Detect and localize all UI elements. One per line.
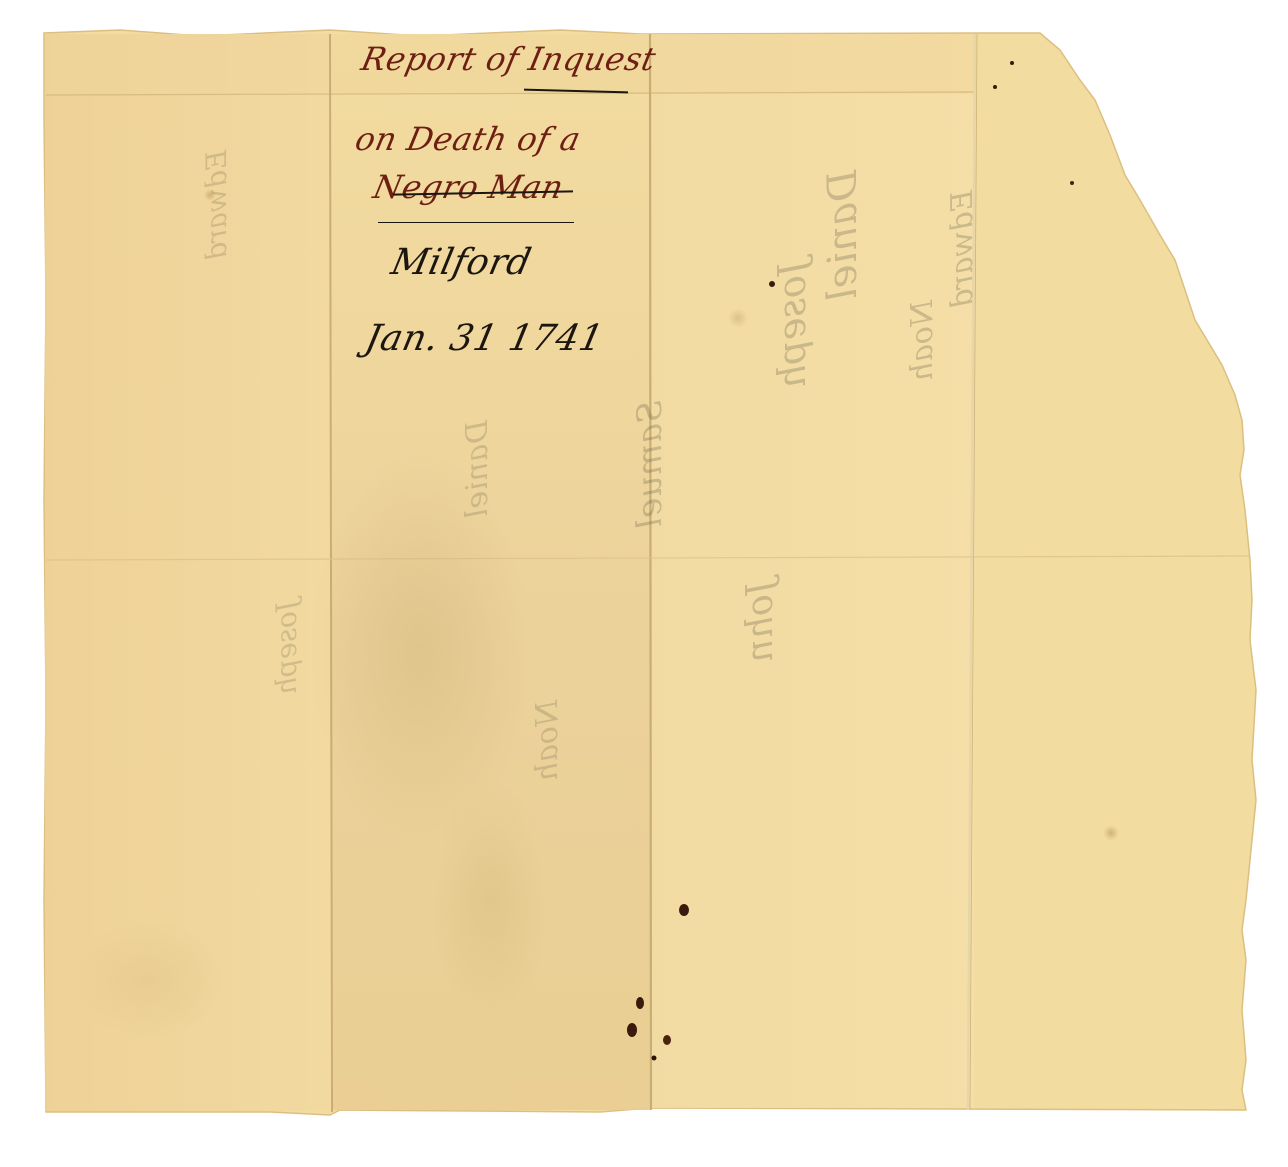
docket-place: Milford	[388, 242, 535, 283]
bleed-through-text: Noah	[905, 300, 940, 382]
bleed-through-text: Edward	[200, 150, 233, 260]
bleed-through-text: Edward	[945, 190, 980, 308]
docket-divider	[378, 222, 574, 223]
bleed-through-text: Samuel	[630, 400, 670, 529]
paper-sheet	[0, 0, 1288, 1167]
docket-title-line-2: on Death of a	[352, 120, 584, 158]
bleed-through-text: Joseph	[770, 260, 814, 389]
bleed-through-text: Joseph	[270, 600, 303, 695]
bleed-through-text: Daniel	[820, 170, 866, 301]
bleed-through-text: John	[740, 580, 781, 662]
docket-title-line-3: Negro Man	[370, 168, 567, 206]
bleed-through-text: Daniel	[460, 420, 495, 518]
docket-title-line-1: Report of Inquest	[358, 40, 660, 78]
docket-date: Jan. 31 1741	[362, 318, 608, 359]
bleed-through-text: Noah	[530, 700, 565, 782]
document-scan: Edward Noah Daniel Joseph John Samuel Ed…	[0, 0, 1288, 1167]
